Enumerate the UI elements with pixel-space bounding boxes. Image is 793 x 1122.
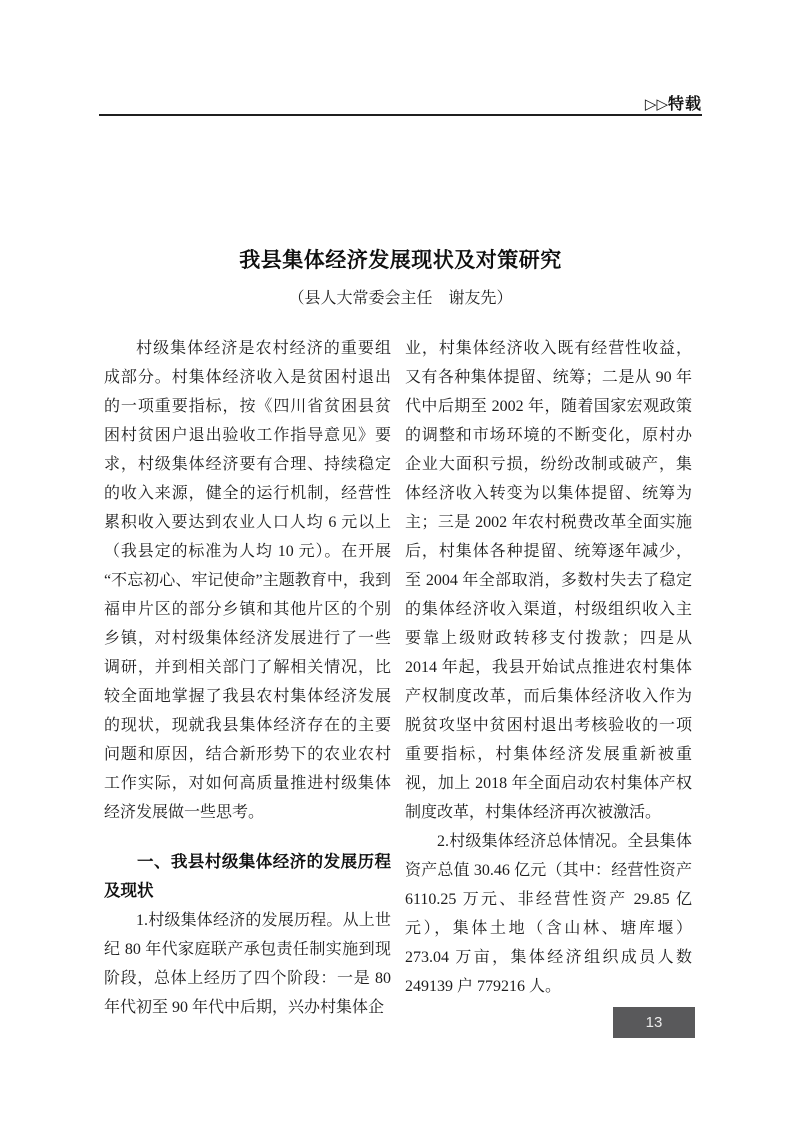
forward-triangles-icon: ▷▷ bbox=[645, 96, 668, 113]
article-body: 村级集体经济是农村经济的重要组成部分。村集体经济收入是贫困村退出的一项重要指标，… bbox=[104, 334, 692, 1022]
paragraph-overview: 2.村级集体经济总体情况。全县集体资产总值 30.46 亿元（其中：经营性资产 … bbox=[405, 827, 692, 1001]
right-column: 业，村集体经济收入既有经营性收益，又有各种集体提留、统筹；二是从 90 年代中后… bbox=[405, 334, 692, 1022]
section-heading: 一、我县村级集体经济的发展历程及现状 bbox=[104, 848, 391, 906]
paragraph-history-continuation: 业，村集体经济收入既有经营性收益，又有各种集体提留、统筹；二是从 90 年代中后… bbox=[405, 334, 692, 827]
document-page: ▷▷特载 我县集体经济发展现状及对策研究 （县人大常委会主任 谢友先） 村级集体… bbox=[0, 0, 793, 1122]
article-title: 我县集体经济发展现状及对策研究 bbox=[99, 244, 702, 274]
page-number: 13 bbox=[646, 1014, 663, 1031]
header-rule bbox=[99, 114, 702, 116]
left-column: 村级集体经济是农村经济的重要组成部分。村集体经济收入是贫困村退出的一项重要指标，… bbox=[104, 334, 391, 1022]
paragraph-intro: 村级集体经济是农村经济的重要组成部分。村集体经济收入是贫困村退出的一项重要指标，… bbox=[104, 334, 391, 827]
running-head: ▷▷特载 bbox=[99, 91, 702, 114]
section-label: 特载 bbox=[668, 96, 702, 113]
page-number-badge: 13 bbox=[613, 1007, 695, 1038]
article-byline: （县人大常委会主任 谢友先） bbox=[99, 285, 702, 308]
paragraph-history: 1.村级集体经济的发展历程。从上世纪 80 年代家庭联产承包责任制实施到现阶段，… bbox=[104, 906, 391, 1022]
